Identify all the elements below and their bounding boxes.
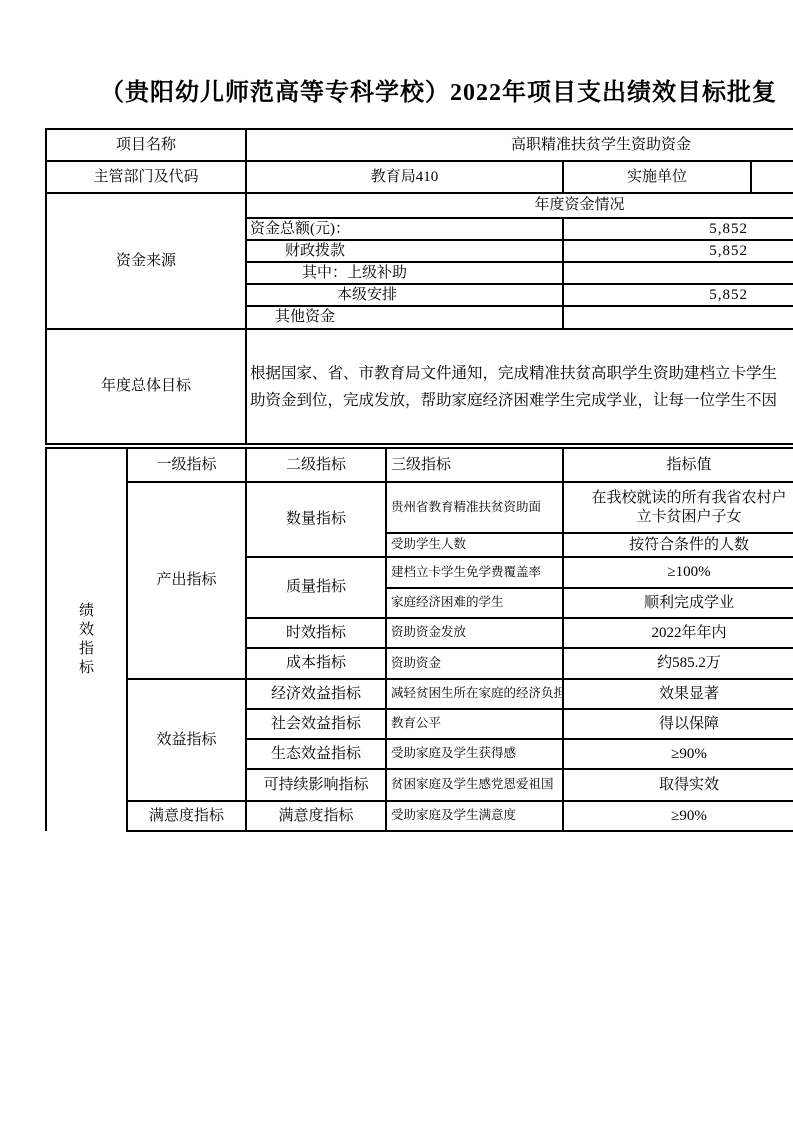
indicator-row-value: 约585.2万: [563, 648, 793, 679]
indicator-row-l3: 家庭经济困难的学生: [386, 588, 563, 618]
page-title: （贵阳幼儿师范高等专科学校）2022年项目支出绩效目标批复: [100, 72, 777, 107]
annual-funds-header: 年度资金情况: [246, 193, 793, 218]
project-name-label: 项目名称: [46, 129, 246, 161]
level2-cost: 成本指标: [246, 648, 386, 679]
fund-upper-subsidy-value: [563, 262, 751, 284]
annual-goal-label: 年度总体目标: [46, 329, 246, 444]
indicator-row-l3: 资助资金发放: [386, 618, 563, 648]
level2-quality: 质量指标: [246, 557, 386, 618]
indicator-row-value: ≥90%: [563, 801, 793, 831]
level2-quantity: 数量指标: [246, 482, 386, 557]
indicator-row-l3: 贫困家庭及学生感党恩爱祖国: [386, 769, 563, 801]
fund-local-label: 本级安排: [246, 284, 563, 306]
cut-cell: [751, 240, 793, 262]
cut-cell: [751, 218, 793, 240]
annual-goal-text: 根据国家、省、市教育局文件通知，完成精准扶贫高职学生资助建档立卡学生 助资金到位…: [246, 329, 793, 444]
level2-satisfaction: 满意度指标: [246, 801, 386, 831]
header-value: 指标值: [563, 448, 793, 482]
indicator-row-value: 2022年年内: [563, 618, 793, 648]
impl-unit-label: 实施单位: [563, 161, 751, 193]
fund-other-value: [563, 306, 751, 329]
level2-timeliness: 时效指标: [246, 618, 386, 648]
header-level1: 一级指标: [127, 448, 246, 482]
indicator-row-l3: 受助学生人数: [386, 533, 563, 557]
header-level3: 三级指标: [386, 448, 563, 482]
fund-fiscal-value: 5,852: [563, 240, 751, 262]
indicator-row-l3: 受助家庭及学生满意度: [386, 801, 563, 831]
indicator-row-l3: 教育公平: [386, 709, 563, 739]
project-name-value: 高职精准扶贫学生资助资金: [246, 129, 793, 161]
fund-total-label: 资金总额(元)：: [246, 218, 563, 240]
indicator-row-value: 得以保障: [563, 709, 793, 739]
indicator-row-value: ≥100%: [563, 557, 793, 588]
level2-social: 社会效益指标: [246, 709, 386, 739]
header-level2: 二级指标: [246, 448, 386, 482]
indicator-row-l3: 减轻贫困生所在家庭的经济负担: [386, 679, 563, 709]
cut-cell: [751, 284, 793, 306]
dept-value: 教育局410: [246, 161, 563, 193]
level1-output: 产出指标: [127, 482, 246, 679]
fund-other-label: 其他资金: [246, 306, 563, 329]
level2-economic: 经济效益指标: [246, 679, 386, 709]
perf-section-label: 绩效指标: [46, 448, 127, 831]
annual-goal-line-2: 助资金到位，完成发放，帮助家庭经济困难学生完成学业，让每一位学生不因: [249, 387, 793, 414]
indicator-row-value: 按符合条件的人数: [563, 533, 793, 557]
indicator-row-l3: 资助资金: [386, 648, 563, 679]
document-page: （贵阳幼儿师范高等专科学校）2022年项目支出绩效目标批复 项目名称 高职精准扶…: [0, 0, 793, 1122]
fund-total-value: 5,852: [563, 218, 751, 240]
indicator-row-l3: 受助家庭及学生获得感: [386, 739, 563, 769]
indicator-row-l3: 建档立卡学生免学费覆盖率: [386, 557, 563, 588]
level1-benefit: 效益指标: [127, 679, 246, 801]
fund-upper-subsidy-label: 其中：上级补助: [246, 262, 563, 284]
project-info-table: 项目名称 高职精准扶贫学生资助资金 主管部门及代码 教育局410 实施单位 资金…: [45, 128, 793, 445]
cut-cell: [751, 262, 793, 284]
indicator-row-value: ≥90%: [563, 739, 793, 769]
cut-cell: [751, 306, 793, 329]
fund-fiscal-label: 财政拨款: [246, 240, 563, 262]
dept-label: 主管部门及代码: [46, 161, 246, 193]
annual-goal-line-1: 根据国家、省、市教育局文件通知，完成精准扶贫高职学生资助建档立卡学生: [249, 360, 793, 387]
level1-satisfaction: 满意度指标: [127, 801, 246, 831]
funding-source-label: 资金来源: [46, 193, 246, 329]
level2-ecological: 生态效益指标: [246, 739, 386, 769]
performance-indicators-table: 绩效指标 一级指标 二级指标 三级指标 指标值 产出指标 数量指标 贵州省教育精…: [45, 447, 793, 832]
indicator-row-value: 在我校就读的所有我省农村户 立卡贫困户子女: [563, 482, 793, 533]
indicator-row-value: 效果显著: [563, 679, 793, 709]
impl-unit-value-cut: [751, 161, 793, 193]
indicator-row-value: 取得实效: [563, 769, 793, 801]
fund-local-value: 5,852: [563, 284, 751, 306]
indicator-row-l3: 贵州省教育精准扶贫资助面: [386, 482, 563, 533]
indicator-row-value: 顺利完成学业: [563, 588, 793, 618]
level2-sustainability: 可持续影响指标: [246, 769, 386, 801]
